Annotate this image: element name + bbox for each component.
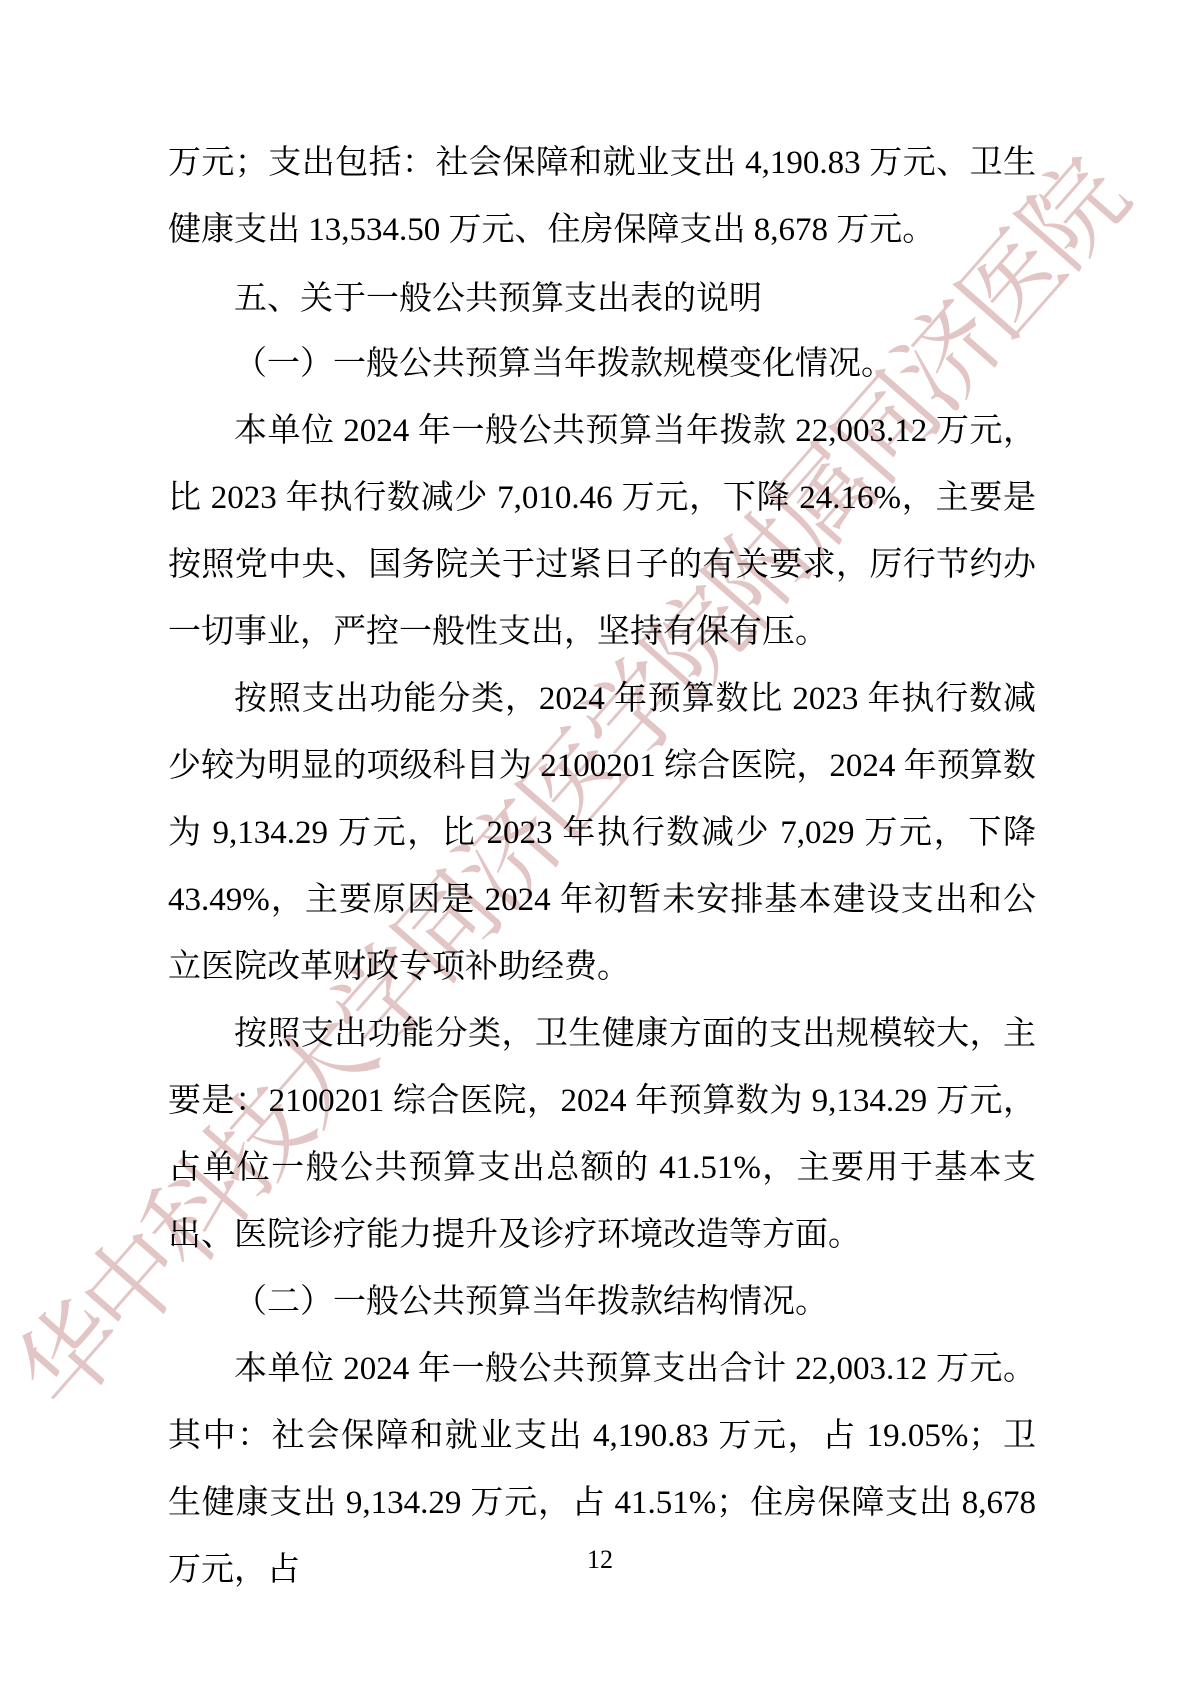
subsection-1-heading: （一）一般公共预算当年拨款规模变化情况。 bbox=[168, 331, 1036, 398]
paragraph-continuation: 万元；支出包括：社会保障和就业支出 4,190.83 万元、卫生健康支出 13,… bbox=[168, 130, 1036, 264]
paragraph-funding-scale: 本单位 2024 年一般公共预算当年拨款 22,003.12 万元，比 2023… bbox=[168, 398, 1036, 666]
page-number: 12 bbox=[0, 1540, 1200, 1580]
page-content: 万元；支出包括：社会保障和就业支出 4,190.83 万元、卫生健康支出 13,… bbox=[168, 130, 1036, 1604]
paragraph-function-decrease: 按照支出功能分类，2024 年预算数比 2023 年执行数减少较为明显的项级科目… bbox=[168, 666, 1036, 1001]
paragraph-health-spending: 按照支出功能分类，卫生健康方面的支出规模较大，主要是：2100201 综合医院，… bbox=[168, 1001, 1036, 1269]
document-page: 华中科技大学同济医学院附属同济医院 万元；支出包括：社会保障和就业支出 4,19… bbox=[0, 0, 1200, 1696]
subsection-2-heading: （二）一般公共预算当年拨款结构情况。 bbox=[168, 1269, 1036, 1336]
section-5-heading: 五、关于一般公共预算支出表的说明 bbox=[168, 264, 1036, 331]
